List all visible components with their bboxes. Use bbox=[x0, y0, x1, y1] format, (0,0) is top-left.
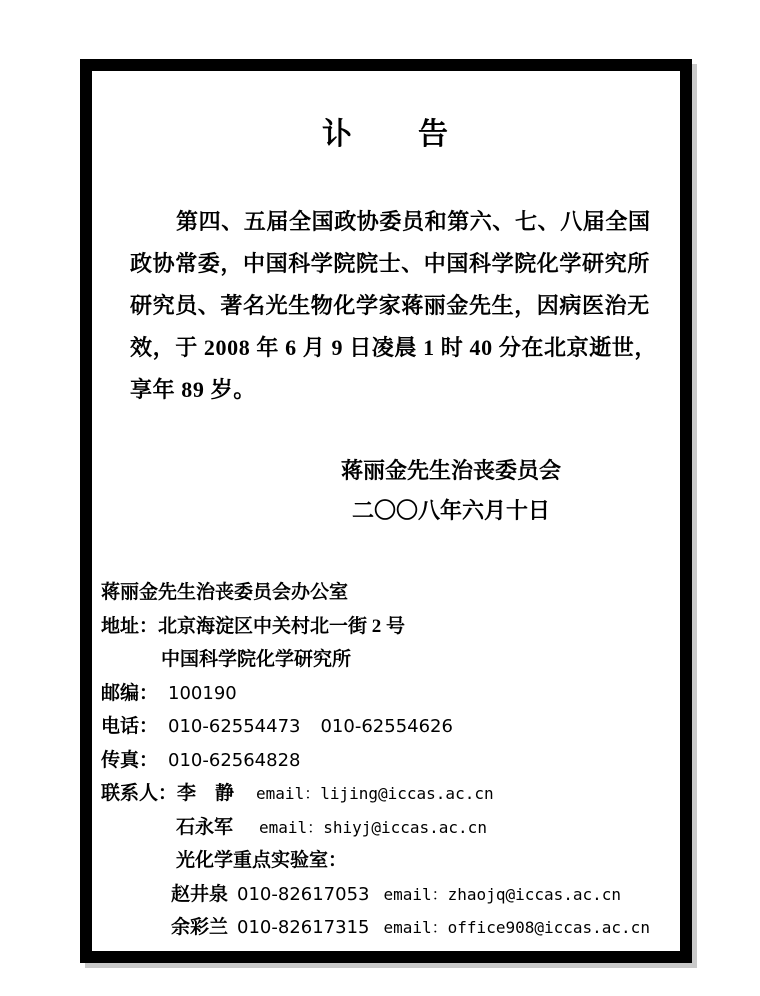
address-label: 地址： bbox=[101, 616, 158, 637]
contact-person-line-1: 联系人：李 静email：lijing@iccas.ac.cn bbox=[101, 777, 650, 811]
fax-number: 010-62564828 bbox=[168, 750, 300, 771]
phone-line: 电话：010-62554473010-62554626 bbox=[101, 710, 650, 744]
fax-label: 传真： bbox=[101, 750, 158, 771]
notice-body: 第四、五届全国政协委员和第六、七、八届全国 政协常委，中国科学院院士、中国科学院… bbox=[130, 201, 646, 411]
postal-label: 邮编： bbox=[101, 683, 158, 704]
lab-email-2: office908@iccas.ac.cn bbox=[448, 918, 650, 937]
notice-frame: 讣 告 第四、五届全国政协委员和第六、七、八届全国 政协常委，中国科学院院士、中… bbox=[80, 59, 692, 963]
notice-date: 二〇〇八年六月十日 bbox=[222, 491, 680, 531]
lab-name-1: 赵井泉 bbox=[171, 884, 228, 905]
address-line: 地址：北京海淀区中关村北一街 2 号 bbox=[101, 610, 650, 644]
lab-email-label-2: email： bbox=[383, 918, 447, 937]
lab-phone-1: 010-82617053 bbox=[237, 884, 369, 905]
obituary-page: { "page": { "background_color": "#ffffff… bbox=[0, 0, 760, 996]
lab-email-1: zhaojq@iccas.ac.cn bbox=[448, 885, 621, 904]
email-label-2: email： bbox=[259, 818, 323, 837]
postal-line: 邮编：100190 bbox=[101, 677, 650, 711]
lab-phone-2: 010-82617315 bbox=[237, 917, 369, 938]
body-line-3: 研究员、著名光生物化学家蒋丽金先生，因病医治无 bbox=[130, 285, 646, 327]
lab-label: 光化学重点实验室： bbox=[176, 850, 347, 871]
body-line-2: 政协常委，中国科学院院士、中国科学院化学研究所 bbox=[130, 243, 646, 285]
office-title: 蒋丽金先生治丧委员会办公室 bbox=[101, 576, 650, 610]
email-label-1: email： bbox=[256, 784, 320, 803]
lab-email-label-1: email： bbox=[383, 885, 447, 904]
address-line-2: 中国科学院化学研究所 bbox=[101, 643, 650, 677]
fax-line: 传真：010-62564828 bbox=[101, 744, 650, 778]
signature-block: 蒋丽金先生治丧委员会 二〇〇八年六月十日 bbox=[92, 451, 680, 531]
lab-person-line-2: 余彩兰010-82617315email：office908@iccas.ac.… bbox=[101, 911, 650, 945]
address-value-1: 北京海淀区中关村北一街 2 号 bbox=[158, 616, 405, 637]
email-address-1: lijing@iccas.ac.cn bbox=[320, 784, 493, 803]
body-line-4: 效，于 2008 年 6 月 9 日凌晨 1 时 40 分在北京逝世， bbox=[130, 327, 646, 369]
phone-number-1: 010-62554473 bbox=[168, 716, 300, 737]
contact-name-1: 李 静 bbox=[177, 783, 234, 804]
lab-person-line-1: 赵井泉010-82617053email：zhaojq@iccas.ac.cn bbox=[101, 878, 650, 912]
committee-signature: 蒋丽金先生治丧委员会 bbox=[222, 451, 680, 491]
address-value-2: 中国科学院化学研究所 bbox=[161, 649, 351, 670]
contacts-label: 联系人： bbox=[101, 783, 177, 804]
contact-block: 蒋丽金先生治丧委员会办公室 地址：北京海淀区中关村北一街 2 号 中国科学院化学… bbox=[101, 576, 650, 945]
phone-number-2: 010-62554626 bbox=[320, 716, 452, 737]
body-line-1: 第四、五届全国政协委员和第六、七、八届全国 bbox=[130, 201, 646, 243]
email-address-2: shiyj@iccas.ac.cn bbox=[323, 818, 487, 837]
contact-person-line-2: 石永军email：shiyj@iccas.ac.cn bbox=[101, 811, 650, 845]
body-line-5: 享年 89 岁。 bbox=[130, 369, 646, 411]
lab-label-line: 光化学重点实验室： bbox=[101, 844, 650, 878]
contact-name-2: 石永军 bbox=[176, 817, 233, 838]
phone-label: 电话： bbox=[101, 716, 158, 737]
notice-title: 讣 告 bbox=[92, 109, 680, 153]
postal-code: 100190 bbox=[168, 683, 237, 704]
lab-name-2: 余彩兰 bbox=[171, 917, 228, 938]
